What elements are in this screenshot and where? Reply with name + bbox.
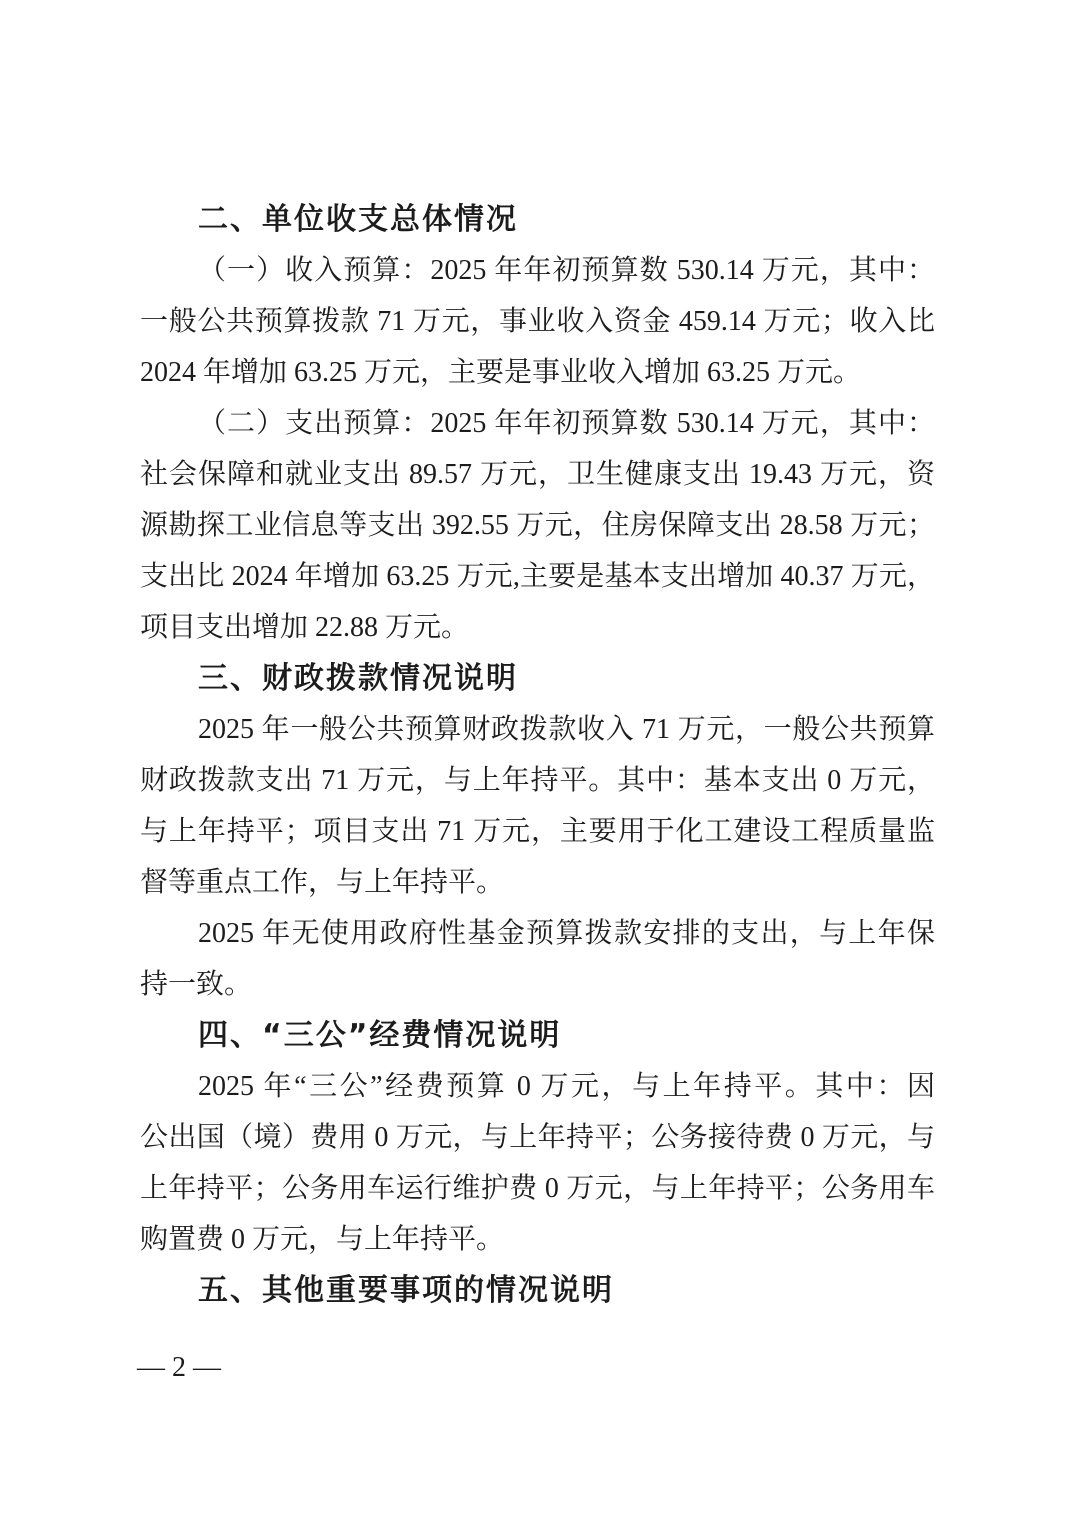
text-line: 持一致。 [140, 959, 935, 1010]
text-line: 上年持平；公务用车运行维护费 0 万元，与上年持平；公务用车 [140, 1163, 935, 1214]
text-line: 与上年持平；项目支出 71 万元，主要用于化工建设工程质量监 [140, 806, 935, 857]
text-line: 源勘探工业信息等支出 392.55 万元，住房保障支出 28.58 万元； [140, 500, 935, 551]
section-heading-4: 四、“三公”经费情况说明 [140, 1010, 935, 1061]
text-line: 社会保障和就业支出 89.57 万元，卫生健康支出 19.43 万元，资 [140, 449, 935, 500]
document-page: 二、单位收支总体情况 （一）收入预算：2025 年年初预算数 530.14 万元… [0, 0, 1074, 1520]
text-line: 公出国（境）费用 0 万元，与上年持平；公务接待费 0 万元，与 [140, 1112, 935, 1163]
text-line: 购置费 0 万元，与上年持平。 [140, 1214, 935, 1265]
text-line: 项目支出增加 22.88 万元。 [140, 602, 935, 653]
section-heading-2: 二、单位收支总体情况 [140, 194, 935, 245]
text-line: 一般公共预算拨款 71 万元，事业收入资金 459.14 万元；收入比 [140, 296, 935, 347]
text-line: （二）支出预算：2025 年年初预算数 530.14 万元，其中： [140, 398, 935, 449]
text-line: 2024 年增加 63.25 万元，主要是事业收入增加 63.25 万元。 [140, 347, 935, 398]
section-heading-5: 五、其他重要事项的情况说明 [140, 1265, 935, 1316]
text-line: 2025 年“三公”经费预算 0 万元，与上年持平。其中：因 [140, 1061, 935, 1112]
text-line: 支出比 2024 年增加 63.25 万元,主要是基本支出增加 40.37 万元… [140, 551, 935, 602]
section-heading-3: 三、财政拨款情况说明 [140, 653, 935, 704]
text-line: 2025 年无使用政府性基金预算拨款安排的支出，与上年保 [140, 908, 935, 959]
page-number: — 2 — [137, 1348, 221, 1388]
document-body: 二、单位收支总体情况 （一）收入预算：2025 年年初预算数 530.14 万元… [140, 194, 935, 1316]
text-line: 财政拨款支出 71 万元，与上年持平。其中：基本支出 0 万元， [140, 755, 935, 806]
text-line: 2025 年一般公共预算财政拨款收入 71 万元，一般公共预算 [140, 704, 935, 755]
text-line: （一）收入预算：2025 年年初预算数 530.14 万元，其中： [140, 245, 935, 296]
text-line: 督等重点工作，与上年持平。 [140, 857, 935, 908]
